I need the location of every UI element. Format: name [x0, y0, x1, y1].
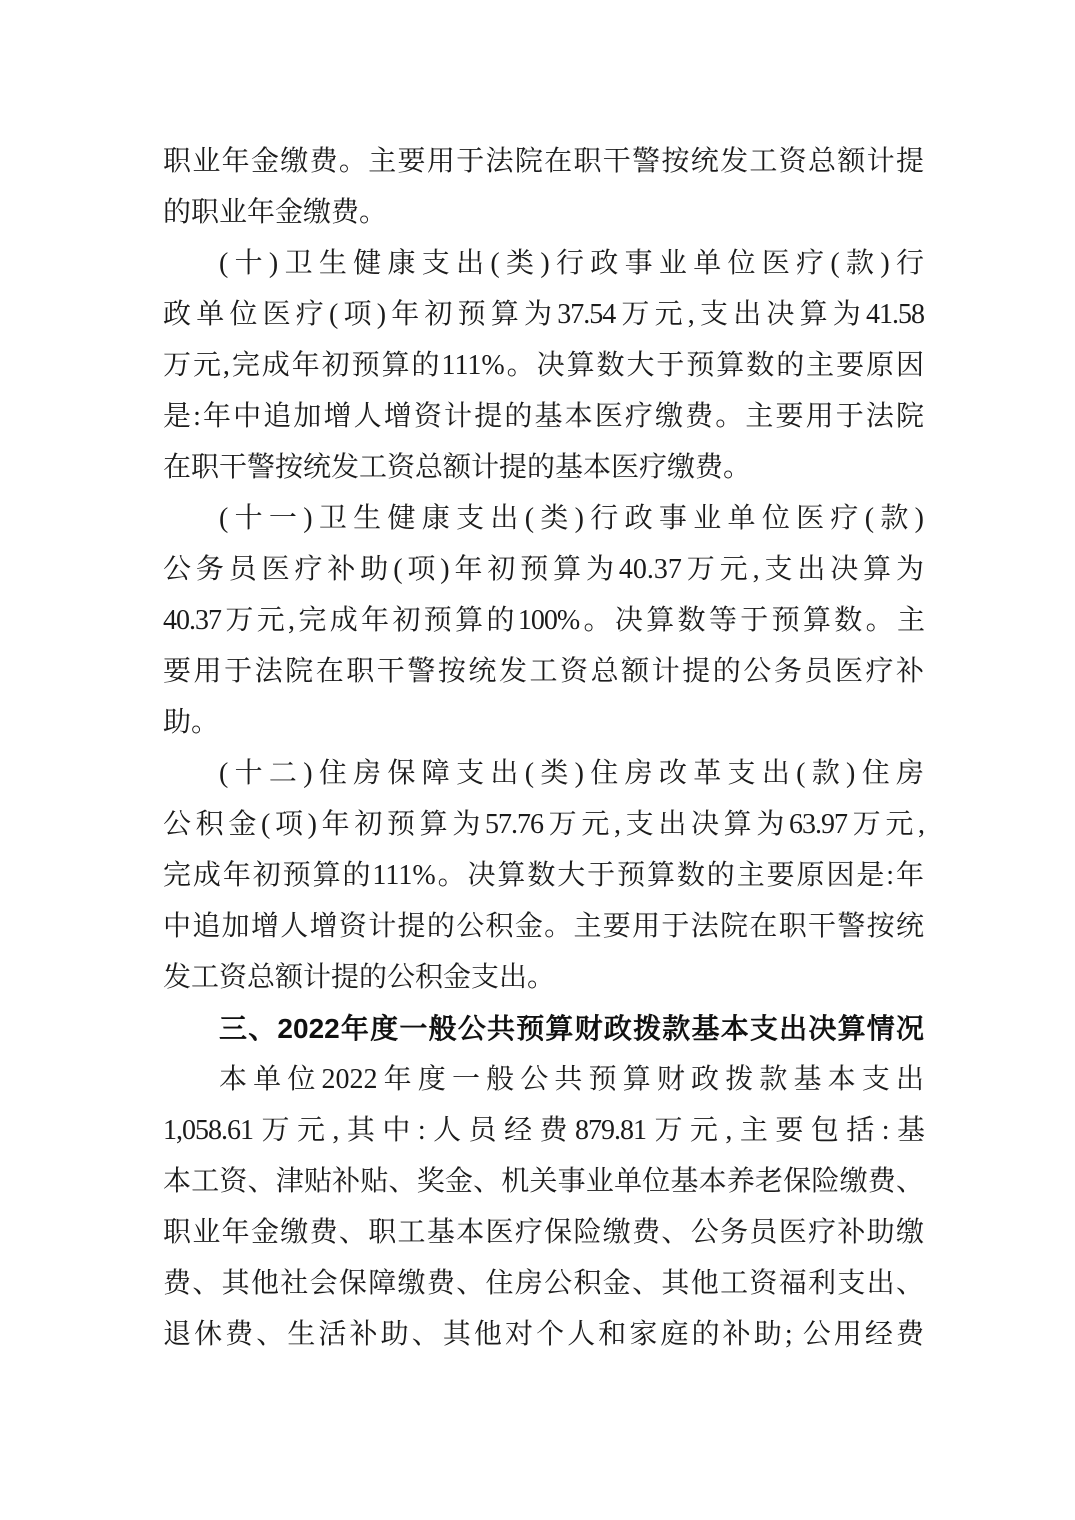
paragraph: (十一)卫生健康支出(类)行政事业单位医疗(款) 公务员医疗补助(项)年初预算为… [163, 493, 924, 748]
text-line: 完成年初预算的111%。决算数大于预算数的主要原因是:年 [163, 850, 924, 901]
section-heading: 三、2022年度一般公共预算财政拨款基本支出决算情况 [163, 1003, 924, 1054]
text-line: (十二)住房保障支出(类)住房改革支出(款)住房 [163, 748, 924, 799]
text-line: 的职业年金缴费。 [163, 187, 924, 238]
text-line: 职业年金缴费、职工基本医疗保险缴费、公务员医疗补助缴 [163, 1207, 924, 1258]
paragraph: (十二)住房保障支出(类)住房改革支出(款)住房 公积金(项)年初预算为57.7… [163, 748, 924, 1003]
document-body: 职业年金缴费。主要用于法院在职干警按统发工资总额计提 的职业年金缴费。 (十)卫… [163, 136, 924, 1360]
text-line: (十一)卫生健康支出(类)行政事业单位医疗(款) [163, 493, 924, 544]
text-line: 发工资总额计提的公积金支出。 [163, 952, 924, 1003]
paragraph: 本单位2022年度一般公共预算财政拨款基本支出 1,058.61万元,其中:人员… [163, 1054, 924, 1360]
text-line: 职业年金缴费。主要用于法院在职干警按统发工资总额计提 [163, 136, 924, 187]
text-line: 公积金(项)年初预算为57.76万元,支出决算为63.97万元, [163, 799, 924, 850]
paragraph: 职业年金缴费。主要用于法院在职干警按统发工资总额计提 的职业年金缴费。 [163, 136, 924, 238]
text-line: 在职干警按统发工资总额计提的基本医疗缴费。 [163, 442, 924, 493]
text-line: 万元,完成年初预算的111%。决算数大于预算数的主要原因 [163, 340, 924, 391]
text-line: 退休费、生活补助、其他对个人和家庭的补助; 公用经费 [163, 1309, 924, 1360]
text-line: 1,058.61万元,其中:人员经费879.81万元,主要包括:基 [163, 1105, 924, 1156]
text-line: 费、其他社会保障缴费、住房公积金、其他工资福利支出、 [163, 1258, 924, 1309]
text-line: 本单位2022年度一般公共预算财政拨款基本支出 [163, 1054, 924, 1105]
text-line: (十)卫生健康支出(类)行政事业单位医疗(款)行 [163, 238, 924, 289]
text-line: 中追加增人增资计提的公积金。主要用于法院在职干警按统 [163, 901, 924, 952]
text-line: 助。 [163, 697, 924, 748]
text-line: 是:年中追加增人增资计提的基本医疗缴费。主要用于法院 [163, 391, 924, 442]
text-line: 要用于法院在职干警按统发工资总额计提的公务员医疗补 [163, 646, 924, 697]
document-page: 职业年金缴费。主要用于法院在职干警按统发工资总额计提 的职业年金缴费。 (十)卫… [0, 0, 1075, 1520]
text-line: 政单位医疗(项)年初预算为37.54万元,支出决算为41.58 [163, 289, 924, 340]
text-line: 公务员医疗补助(项)年初预算为40.37万元,支出决算为 [163, 544, 924, 595]
section-heading-line: 三、2022年度一般公共预算财政拨款基本支出决算情况 [163, 1003, 924, 1054]
text-line: 40.37万元,完成年初预算的100%。决算数等于预算数。主 [163, 595, 924, 646]
paragraph: (十)卫生健康支出(类)行政事业单位医疗(款)行 政单位医疗(项)年初预算为37… [163, 238, 924, 493]
text-line: 本工资、津贴补贴、奖金、机关事业单位基本养老保险缴费、 [163, 1156, 924, 1207]
